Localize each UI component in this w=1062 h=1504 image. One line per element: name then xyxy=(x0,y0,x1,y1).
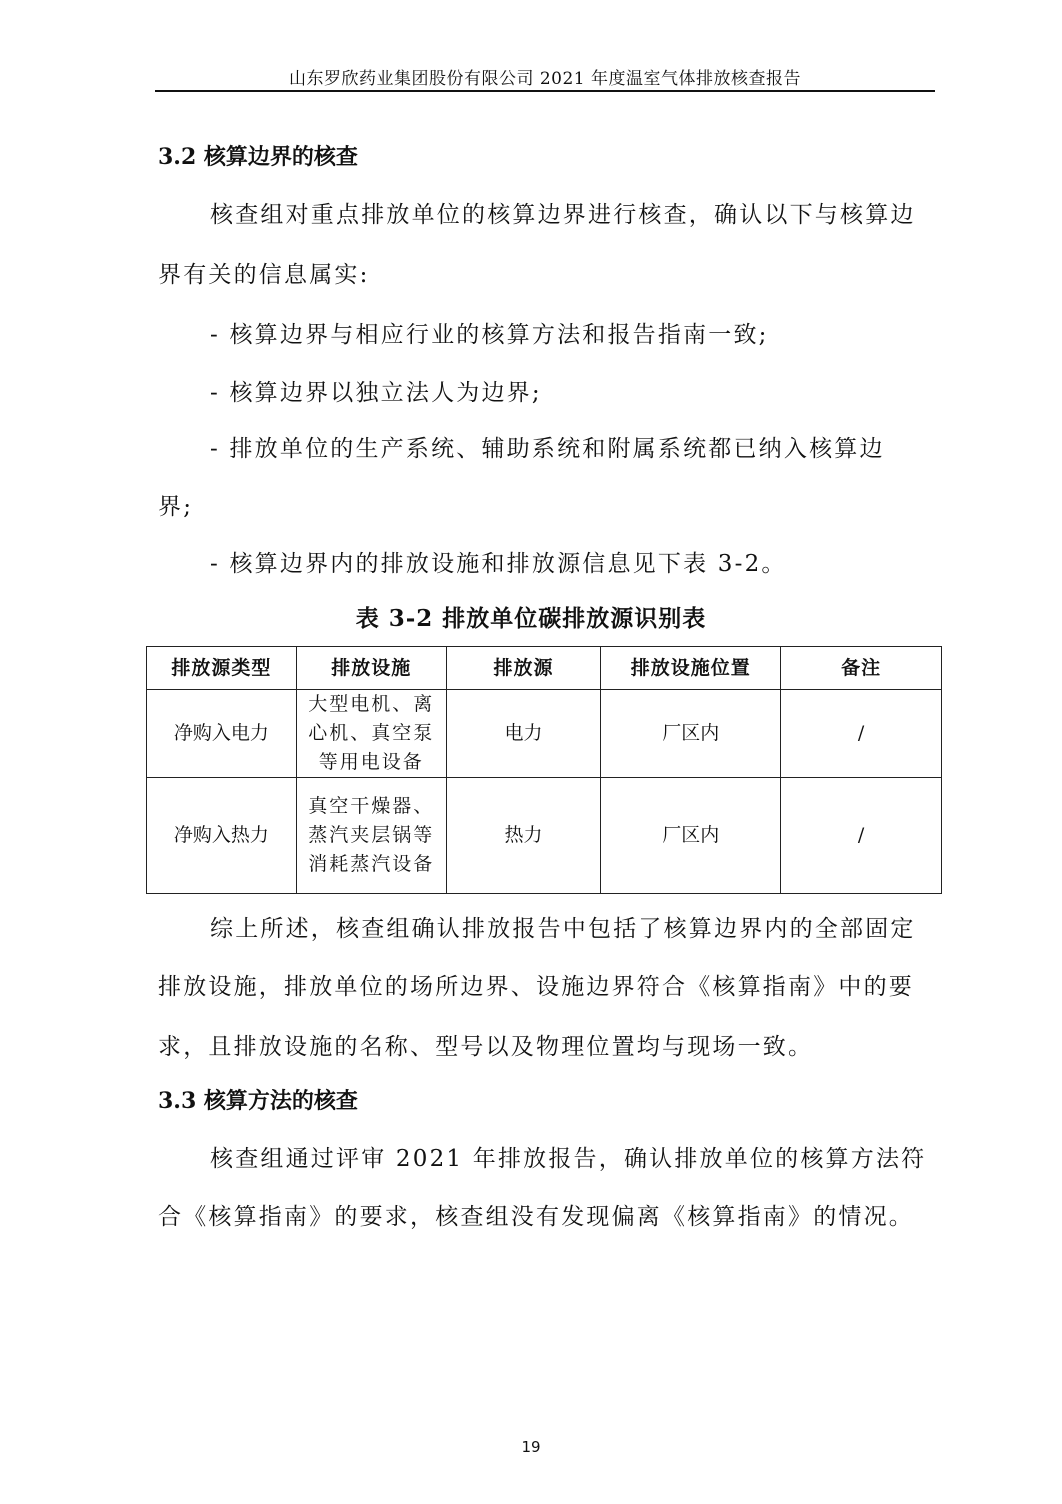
table-cell: 厂区内 xyxy=(601,690,781,778)
paragraph-line: 排放设施，排放单位的场所边界、设施边界符合《核算指南》中的要 xyxy=(158,968,914,1001)
header-divider xyxy=(155,90,935,92)
bullet-item: - 核算边界以独立法人为边界; xyxy=(210,374,542,407)
table-cell: 净购入电力 xyxy=(147,690,297,778)
section-heading-3-3: 3.3 核算方法的核查 xyxy=(158,1084,358,1115)
page-number: 19 xyxy=(0,1438,1062,1456)
paragraph-line: 界有关的信息属实: xyxy=(158,256,370,289)
bullet-item-continuation: 界; xyxy=(158,488,193,521)
table-cell: 真空干燥器、蒸汽夹层锅等消耗蒸汽设备 xyxy=(296,778,446,894)
table-cell: 电力 xyxy=(446,690,601,778)
table-cell: / xyxy=(781,778,942,894)
table-row: 净购入电力 大型电机、离心机、真空泵等用电设备 电力 厂区内 / xyxy=(147,690,942,778)
table-cell: 大型电机、离心机、真空泵等用电设备 xyxy=(296,690,446,778)
column-header: 排放设施 xyxy=(296,647,446,690)
paragraph-line: 综上所述，核查组确认排放报告中包括了核算边界内的全部固定 xyxy=(210,910,916,943)
bullet-item: - 核算边界与相应行业的核算方法和报告指南一致; xyxy=(210,316,769,349)
bullet-item: - 核算边界内的排放设施和排放源信息见下表 3-2。 xyxy=(210,545,787,578)
paragraph-line: 核查组通过评审 2021 年排放报告，确认排放单位的核算方法符 xyxy=(210,1140,926,1173)
column-header: 排放源类型 xyxy=(147,647,297,690)
column-header: 排放源 xyxy=(446,647,601,690)
paragraph-line: 求，且排放设施的名称、型号以及物理位置均与现场一致。 xyxy=(158,1028,813,1061)
table-cell: / xyxy=(781,690,942,778)
emission-source-table: 排放源类型 排放设施 排放源 排放设施位置 备注 净购入电力 大型电机、离心机、… xyxy=(146,646,942,894)
running-header: 山东罗欣药业集团股份有限公司 2021 年度温室气体排放核查报告 xyxy=(155,64,935,89)
table-cell: 热力 xyxy=(446,778,601,894)
table-caption: 表 3-2 排放单位碳排放源识别表 xyxy=(0,600,1062,633)
paragraph-line: 核查组对重点排放单位的核算边界进行核查，确认以下与核算边 xyxy=(210,196,916,229)
table-cell: 厂区内 xyxy=(601,778,781,894)
section-heading-3-2: 3.2 核算边界的核查 xyxy=(158,140,358,171)
table-header-row: 排放源类型 排放设施 排放源 排放设施位置 备注 xyxy=(147,647,942,690)
bullet-item: - 排放单位的生产系统、辅助系统和附属系统都已纳入核算边 xyxy=(210,430,885,463)
column-header: 备注 xyxy=(781,647,942,690)
table-cell: 净购入热力 xyxy=(147,778,297,894)
paragraph-line: 合《核算指南》的要求，核查组没有发现偏离《核算指南》的情况。 xyxy=(158,1198,914,1231)
column-header: 排放设施位置 xyxy=(601,647,781,690)
table-row: 净购入热力 真空干燥器、蒸汽夹层锅等消耗蒸汽设备 热力 厂区内 / xyxy=(147,778,942,894)
